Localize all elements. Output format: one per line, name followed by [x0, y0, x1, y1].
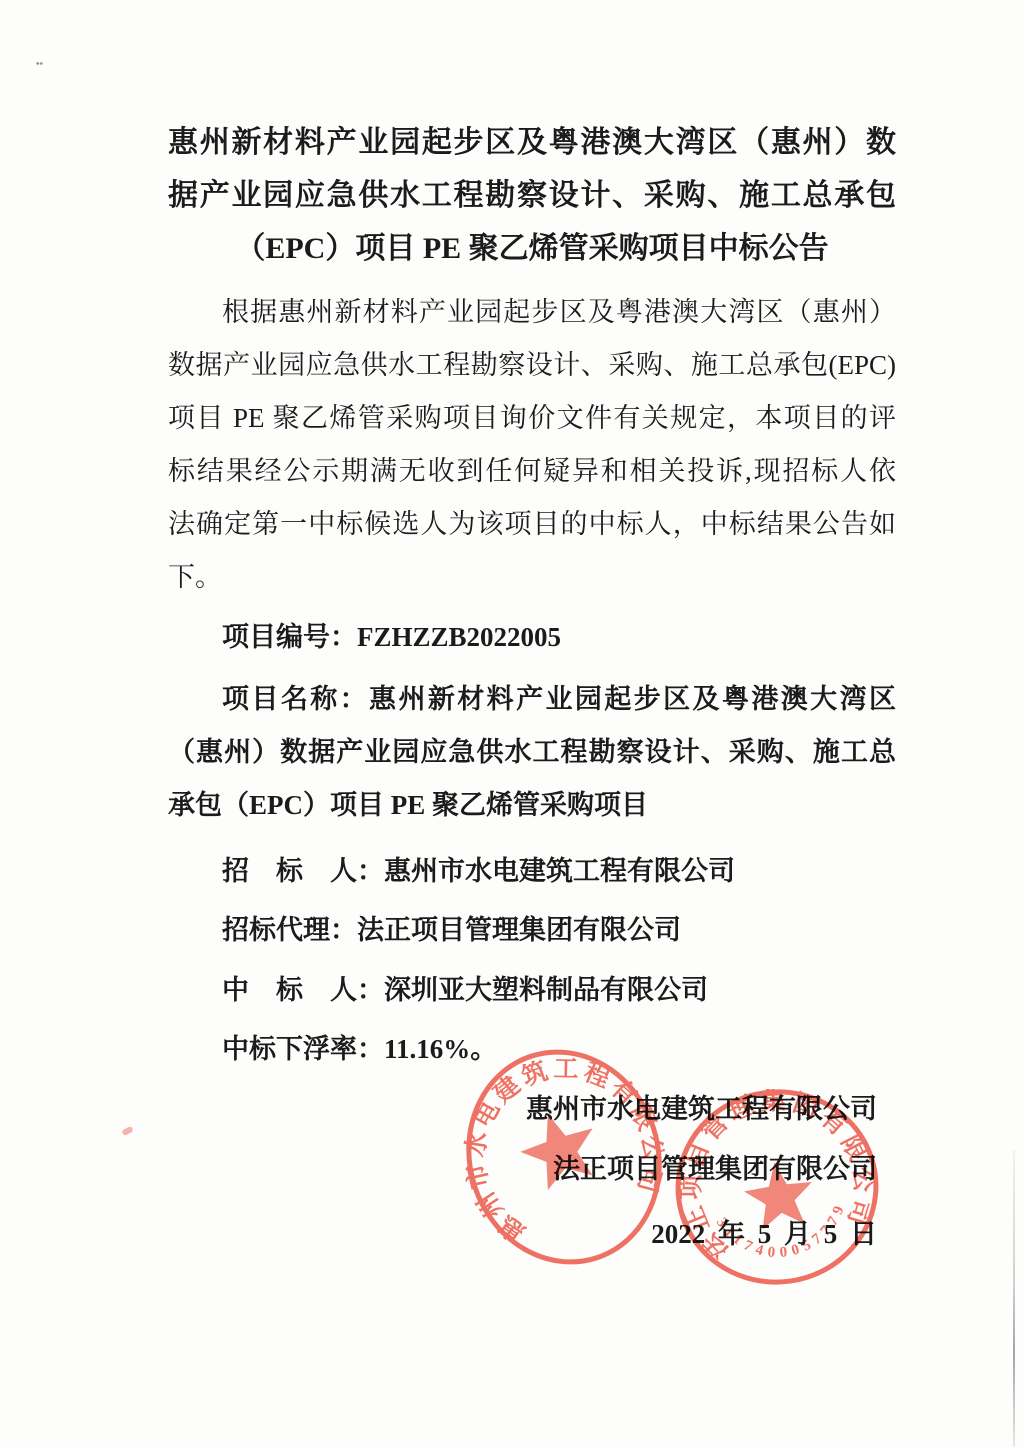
intro-paragraph: 根据惠州新材料产业园起步区及粤港澳大湾区（惠州） 数据产业园应急供水工程勘察设计…: [168, 286, 896, 604]
project-number-line: 项目编号：FZHZZB2022005: [168, 611, 896, 664]
title-line-3: （EPC）项目 PE 聚乙烯管采购项目中标公告: [168, 222, 896, 275]
project-name-line: （惠州）数据产业园应急供水工程勘察设计、采购、施工总: [168, 726, 896, 779]
intro-line: 法确定第一中标候选人为该项目的中标人，中标结果公告如: [168, 498, 896, 551]
document-page: 惠州新材料产业园起步区及粤港澳大湾区（惠州）数 据产业园应急供水工程勘察设计、采…: [0, 0, 1024, 1447]
intro-line: 项目 PE 聚乙烯管采购项目询价文件有关规定，本项目的评: [168, 392, 896, 445]
scan-speck-red: [121, 1126, 134, 1136]
document-title: 惠州新材料产业园起步区及粤港澳大湾区（惠州）数 据产业园应急供水工程勘察设计、采…: [168, 116, 896, 275]
scan-speck-dark: [36, 62, 43, 65]
discount-rate-line: 中标下浮率：11.16%。: [168, 1023, 896, 1076]
intro-line: 数据产业园应急供水工程勘察设计、采购、施工总承包(EPC): [168, 339, 896, 392]
project-name-line: 承包（EPC）项目 PE 聚乙烯管采购项目: [168, 779, 896, 832]
winner-line: 中 标 人：深圳亚大塑料制品有限公司: [168, 964, 896, 1017]
date-line: 2022 年 5 月 5 日: [168, 1208, 877, 1261]
agency-line: 招标代理：法正项目管理集团有限公司: [168, 904, 896, 957]
title-line-1: 惠州新材料产业园起步区及粤港澳大湾区（惠州）数: [168, 116, 896, 169]
bidder-line: 招 标 人：惠州市水电建筑工程有限公司: [168, 845, 896, 898]
scan-edge-artifact: [1013, 1150, 1015, 1447]
intro-line: 下。: [168, 551, 896, 604]
signature-block: 惠州市水电建筑工程有限公司 法正项目管理集团有限公司 2022 年 5 月 5 …: [168, 1083, 896, 1261]
intro-line: 标结果经公示期满无收到任何疑异和相关投诉,现招标人依: [168, 445, 896, 498]
intro-line: 根据惠州新材料产业园起步区及粤港澳大湾区（惠州）: [168, 286, 896, 339]
project-name-block: 项目名称：惠州新材料产业园起步区及粤港澳大湾区 （惠州）数据产业园应急供水工程勘…: [168, 673, 896, 832]
signature-company-1: 惠州市水电建筑工程有限公司: [168, 1083, 877, 1136]
project-name-line: 项目名称：惠州新材料产业园起步区及粤港澳大湾区: [168, 673, 896, 726]
title-line-2: 据产业园应急供水工程勘察设计、采购、施工总承包: [168, 169, 896, 222]
signature-company-2: 法正项目管理集团有限公司: [168, 1143, 877, 1196]
